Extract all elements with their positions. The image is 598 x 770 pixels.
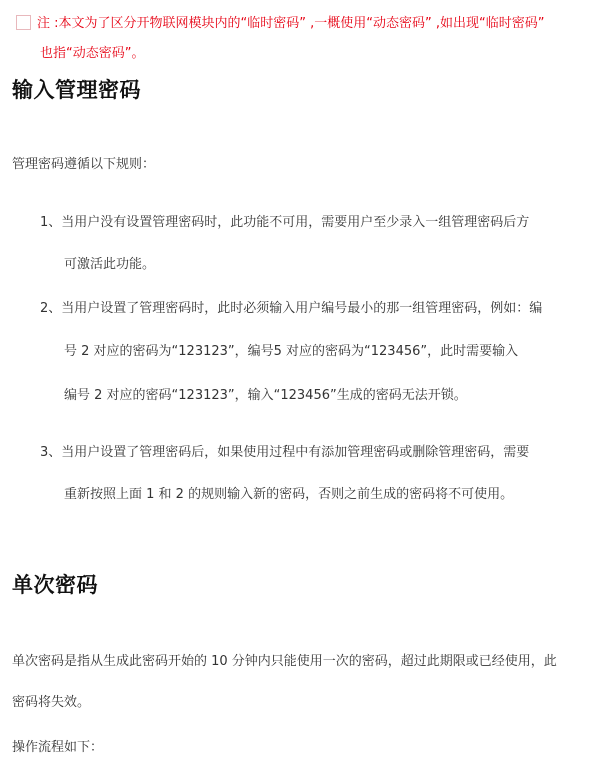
rule-3-line-2: 重新按照上面 1 和 2 的规则输入新的密码，否则之前生成的密码将不可使用。 <box>64 483 513 502</box>
note-block: 注 :本文为了区分开物联网模块内的“临时密码” ,一概使用“动态密码” ,如出现… <box>16 9 586 69</box>
admin-password-intro: 管理密码遵循以下规则： <box>12 153 155 172</box>
rule-1-line-1: 1、当用户没有设置管理密码时，此功能不可用，需要用户至少录入一组管理密码后方 <box>40 211 529 230</box>
rule-3-line-1: 3、当用户设置了管理密码后，如果使用过程中有添加管理密码或删除管理密码，需要 <box>40 441 529 460</box>
rule-1-line-2: 可激活此功能。 <box>64 253 155 272</box>
heading-admin-password: 输入管理密码 <box>12 74 141 104</box>
single-password-desc-line-1: 单次密码是指从生成此密码开始的 10 分钟内只能使用一次的密码，超过此期限或已经… <box>12 650 557 669</box>
heading-single-password: 单次密码 <box>12 569 98 599</box>
rule-2-line-1: 2、当用户设置了管理密码时，此时必须输入用户编号最小的那一组管理密码，例如：编 <box>40 297 542 316</box>
note-text-1: 注 :本文为了区分开物联网模块内的“临时密码” ,一概使用“动态密码” ,如出现… <box>37 16 544 31</box>
flow-label: 操作流程如下： <box>12 736 103 755</box>
rule-2-line-3: 编号 2 对应的密码“123123”，输入“123456”生成的密码无法开锁。 <box>64 384 467 403</box>
rule-2-line-2: 号 2 对应的密码为“123123”，编号5 对应的密码为“123456”，此时… <box>64 340 518 359</box>
note-line-1: 注 :本文为了区分开物联网模块内的“临时密码” ,一概使用“动态密码” ,如出现… <box>16 9 586 39</box>
checkbox-icon[interactable] <box>16 15 31 30</box>
single-password-desc-line-2: 密码将失效。 <box>12 691 90 710</box>
note-line-2: 也指“动态密码”。 <box>16 39 586 69</box>
